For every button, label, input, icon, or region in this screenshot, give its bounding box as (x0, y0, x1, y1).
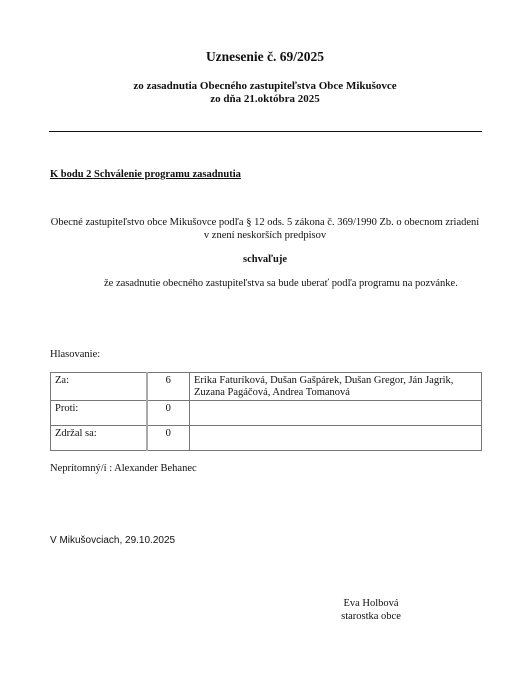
resolution-text: že zasadnutie obecného zastupiteľstva sa… (104, 277, 458, 290)
vote-row-for: Za: 6 Erika Faturíková, Dušan Gašpárek, … (51, 373, 482, 401)
resolution-title: Uznesenie č. 69/2025 (0, 48, 520, 65)
signatory-name: Eva Holbová (321, 597, 421, 610)
resolution-verb: schvaľuje (0, 253, 520, 266)
absent-members: Neprítomný/í : Alexander Behanec (50, 462, 197, 475)
legal-basis-line1: Obecné zastupiteľstvo obce Mikušovce pod… (0, 216, 520, 229)
vote-count: 0 (147, 426, 190, 451)
vote-label: Zdržal sa: (51, 426, 147, 451)
document-page: Uznesenie č. 69/2025 zo zasadnutia Obecn… (0, 0, 520, 680)
meeting-subtitle: zo zasadnutia Obecného zastupiteľstva Ob… (0, 80, 520, 106)
horizontal-divider (49, 131, 482, 132)
meeting-date: zo dňa 21.októbra 2025 (0, 93, 520, 106)
place-and-date: V Mikušovciach, 29.10.2025 (50, 534, 175, 547)
signature-block: Eva Holbová starostka obce (321, 597, 421, 623)
vote-label: Za: (51, 373, 147, 401)
legal-basis: Obecné zastupiteľstvo obce Mikušovce pod… (0, 216, 520, 242)
vote-names: Erika Faturíková, Dušan Gašpárek, Dušan … (190, 373, 482, 401)
vote-row-against: Proti: 0 (51, 401, 482, 426)
agenda-item-heading: K bodu 2 Schválenie programu zasadnutia (50, 168, 241, 181)
vote-count: 0 (147, 401, 190, 426)
legal-basis-line2: v znení neskorších predpisov (0, 229, 520, 242)
vote-names-line2: Zuzana Pagáčová, Andrea Tomanová (194, 387, 477, 399)
voting-table: Za: 6 Erika Faturíková, Dušan Gašpárek, … (50, 372, 482, 451)
vote-label: Proti: (51, 401, 147, 426)
vote-names-line1: Erika Faturíková, Dušan Gašpárek, Dušan … (194, 375, 477, 387)
vote-count: 6 (147, 373, 190, 401)
meeting-subtitle-line1: zo zasadnutia Obecného zastupiteľstva Ob… (0, 80, 520, 93)
signatory-role: starostka obce (321, 610, 421, 623)
vote-names (190, 401, 482, 426)
vote-row-abstained: Zdržal sa: 0 (51, 426, 482, 451)
voting-label: Hlasovanie: (50, 348, 100, 361)
vote-names (190, 426, 482, 451)
